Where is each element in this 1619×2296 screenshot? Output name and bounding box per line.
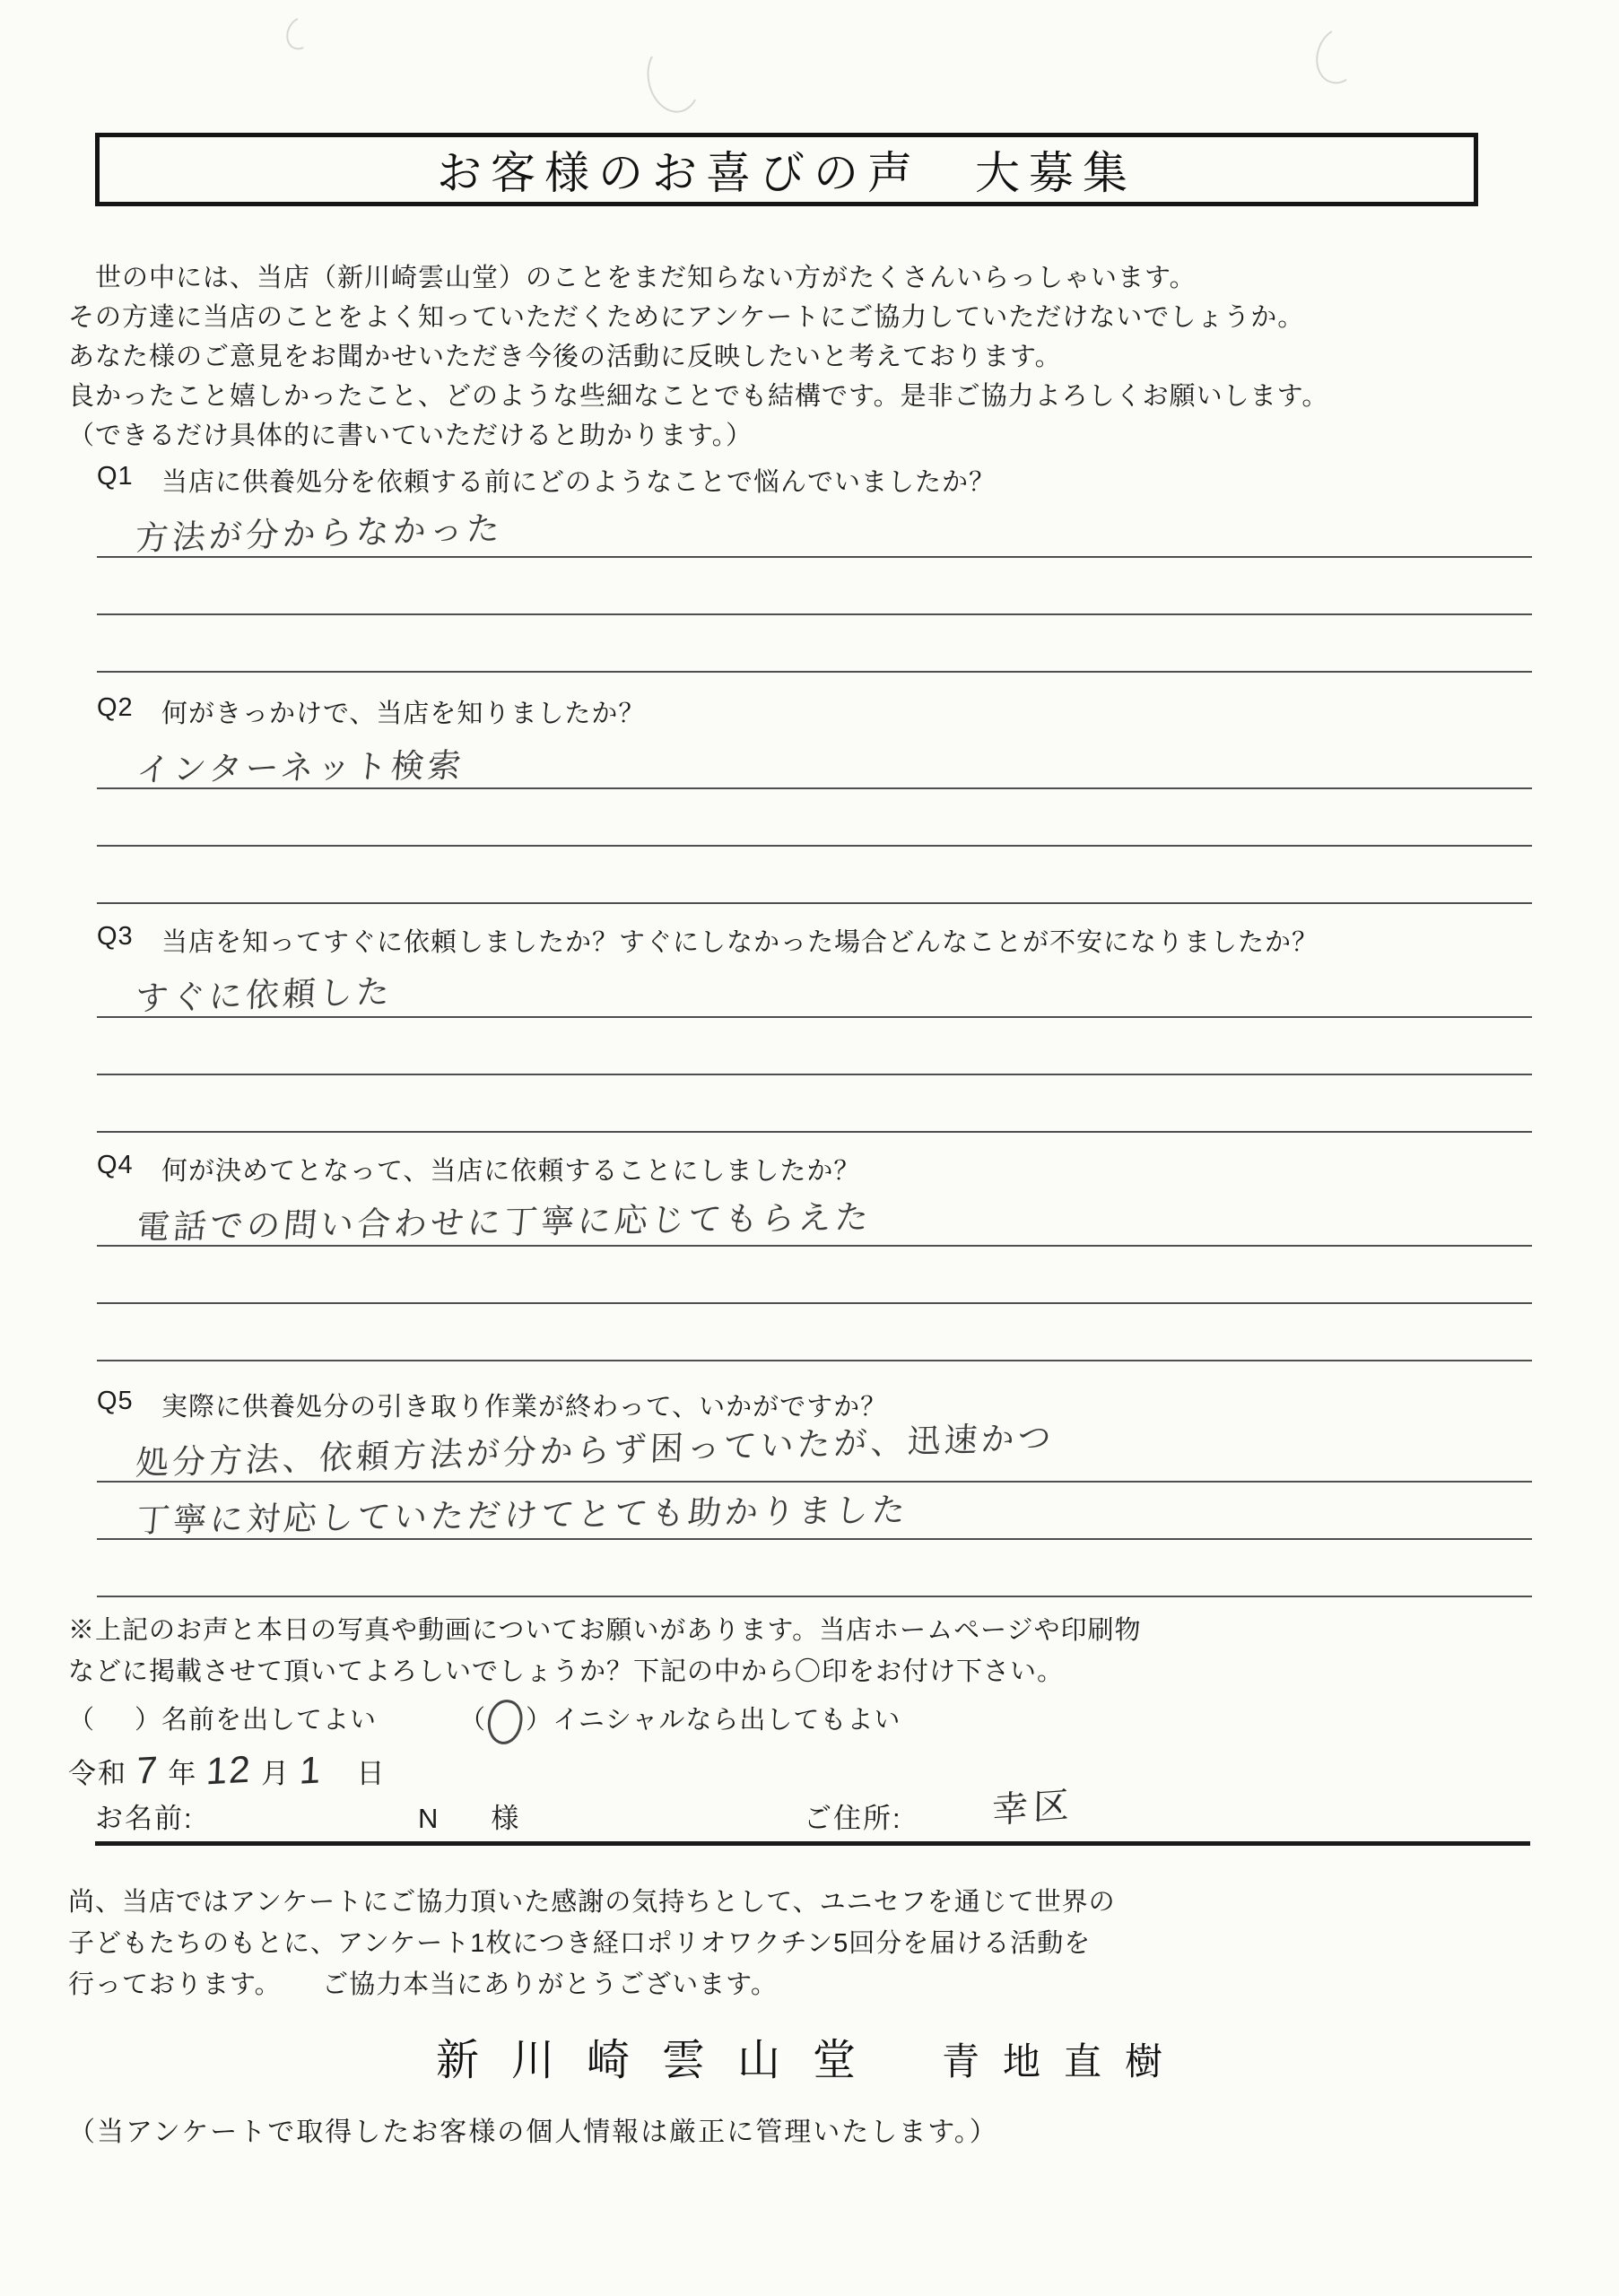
handwritten-answer: 電話での問い合わせに丁寧に応じてもらえた [135, 1189, 875, 1248]
question-number: Q2 [97, 693, 161, 730]
name-label: お名前: [95, 1796, 194, 1836]
question-block-q1: Q1 当店に供養処分を依頼する前にどのようなことで悩んでいましたか？ 方法が分か… [97, 462, 1532, 673]
intro-line: あなた様のご意見をお聞かせいただき今後の活動に反映したいと考えております。 [68, 337, 1575, 377]
consent-note-line: ※上記のお声と本日の写真や動画についてお願いがあります。当店ホームページや印刷物 [68, 1610, 1575, 1651]
question-row: Q1 当店に供養処分を依頼する前にどのようなことで悩んでいましたか？ [97, 462, 1532, 499]
consent-note-line: などに掲載させて頂いてよろしいでしょうか？下記の中から〇印をお付け下さい。 [68, 1651, 1575, 1692]
answer-lines: 電話での問い合わせに丁寧に応じてもらえた [97, 1187, 1532, 1361]
paren-open: （ [459, 1700, 486, 1741]
paren-open: （ [68, 1700, 95, 1741]
paren-close: ） [135, 1700, 161, 1741]
thanks-line: 子どもたちのもとに、アンケート1枚につき経口ポリオワクチン5回分を届ける活動を [68, 1923, 1575, 1964]
thanks-line: 行っております。 ご協力本当にありがとうございます。 [68, 1964, 1575, 2005]
question-block-q4: Q4 何が決めてとなって、当店に依頼することにしましたか？ 電話での問い合わせに… [97, 1151, 1532, 1361]
intro-paragraph: 世の中には、当店（新川崎雲山堂）のことをまだ知らない方がたくさんいらっしゃいます… [68, 258, 1575, 456]
scan-artifact [1309, 22, 1369, 90]
privacy-note: （当アンケートで取得したお客様の個人情報は厳正に管理いたします。） [68, 2109, 1575, 2149]
scan-artifact [641, 39, 707, 117]
scanned-survey-sheet: お客様のお喜びの声 大募集 世の中には、当店（新川崎雲山堂）のことをまだ知らない… [0, 0, 1619, 2296]
question-block-q5: Q5 実際に供養処分の引き取り作業が終わって、いかがですか？ 処分方法、依頼方法… [97, 1387, 1532, 1597]
answer-rule [97, 1540, 1532, 1597]
name-value: N 様 [418, 1796, 531, 1836]
question-number: Q3 [97, 922, 161, 959]
answer-rule: 電話での問い合わせに丁寧に応じてもらえた [97, 1187, 1532, 1247]
question-number: Q5 [97, 1387, 161, 1423]
question-row: Q3 当店を知ってすぐに依頼しましたか？すぐにしなかった場合どんなことが不安にな… [97, 922, 1532, 959]
answer-rule [97, 847, 1532, 904]
thanks-line: 尚、当店ではアンケートにご協力頂いた感謝の気持ちとして、ユニセフを通じて世界の [68, 1882, 1575, 1923]
handwritten-circle-mark [484, 1697, 525, 1746]
answer-rule: インターネット検索 [97, 730, 1532, 789]
thanks-paragraph: 尚、当店ではアンケートにご協力頂いた感謝の気持ちとして、ユニセフを通じて世界の … [68, 1882, 1575, 2005]
question-number: Q1 [97, 462, 161, 499]
answer-rule: 処分方法、依頼方法が分からず困っていたが、迅速かつ [97, 1423, 1532, 1483]
handwritten-answer: 方法が分からなかった [135, 500, 504, 560]
question-row: Q2 何がきっかけで、当店を知りましたか？ [97, 693, 1532, 730]
answer-lines: 方法が分からなかった [97, 499, 1532, 673]
intro-line: その方達に当店のことをよく知っていただくためにアンケートにご協力していただけない… [68, 298, 1575, 337]
title-box: お客様のお喜びの声 大募集 [95, 133, 1478, 206]
shop-name: 新川崎雲山堂 [436, 2025, 888, 2087]
answer-lines: 処分方法、依頼方法が分からず困っていたが、迅速かつ 丁寧に対応していただけてとて… [97, 1423, 1532, 1597]
consent-option-label: イニシャルなら出してもよい [553, 1700, 901, 1741]
question-row: Q4 何が決めてとなって、当店に依頼することにしましたか？ [97, 1151, 1532, 1187]
answer-rule [97, 1247, 1532, 1304]
page-title: お客様のお喜びの声 大募集 [437, 137, 1136, 202]
address-label: ご住所: [804, 1796, 902, 1836]
answer-rule [97, 1075, 1532, 1133]
question-text: 何がきっかけで、当店を知りましたか？ [161, 693, 645, 730]
publication-consent-section: ※上記のお声と本日の写真や動画についてお願いがあります。当店ホームページや印刷物… [68, 1610, 1575, 1795]
question-block-q2: Q2 何がきっかけで、当店を知りましたか？ インターネット検索 [97, 693, 1532, 904]
consent-checkbox-name [95, 1700, 135, 1741]
answer-rule [97, 558, 1532, 615]
handwritten-answer: すぐに依頼した [135, 964, 394, 1020]
handwritten-answer: 丁寧に対応していただけてとても助かりました [135, 1483, 911, 1542]
consent-options: （ ） 名前を出してよい （ ） イニシャルなら出してもよい [68, 1700, 1575, 1741]
paren-close: ） [526, 1700, 553, 1741]
handwritten-address: 幸区 [992, 1777, 1075, 1834]
answer-rule: すぐに依頼した [97, 959, 1532, 1018]
question-text: 当店に供養処分を依頼する前にどのようなことで悩んでいましたか？ [161, 462, 996, 499]
consent-checkbox-initial [486, 1700, 526, 1741]
handwritten-answer: インターネット検索 [135, 738, 467, 791]
answer-rule [97, 1018, 1532, 1075]
question-block-q3: Q3 当店を知ってすぐに依頼しましたか？すぐにしなかった場合どんなことが不安にな… [97, 922, 1532, 1133]
answer-rule: 方法が分からなかった [97, 499, 1532, 558]
scan-artifact [282, 13, 320, 55]
answer-rule [97, 789, 1532, 847]
question-number: Q4 [97, 1151, 161, 1187]
answer-rule [97, 1304, 1532, 1361]
answer-rule [97, 615, 1532, 673]
answer-lines: すぐに依頼した [97, 959, 1532, 1133]
answer-rule: 丁寧に対応していただけてとても助かりました [97, 1483, 1532, 1540]
identity-row: お名前: N 様 ご住所: 幸区 [95, 1780, 1530, 1846]
intro-line: 良かったこと嬉しかったこと、どのような些細なことでも結構です。是非ご協力よろしく… [68, 377, 1575, 416]
intro-line: 世の中には、当店（新川崎雲山堂）のことをまだ知らない方がたくさんいらっしゃいます… [68, 258, 1575, 298]
signature-row: 新川崎雲山堂 青地直樹 [68, 2025, 1575, 2087]
consent-option-label: 名前を出してよい [161, 1700, 377, 1741]
answer-lines: インターネット検索 [97, 730, 1532, 904]
owner-name: 青地直樹 [942, 2032, 1186, 2086]
consent-option-initial: （ ） イニシャルなら出してもよい [459, 1700, 901, 1741]
intro-line: （できるだけ具体的に書いていただけると助かります。） [68, 416, 1575, 456]
question-text: 何が決めてとなって、当店に依頼することにしましたか？ [161, 1151, 860, 1187]
consent-option-name: （ ） 名前を出してよい [68, 1700, 377, 1741]
question-text: 当店を知ってすぐに依頼しましたか？すぐにしなかった場合どんなことが不安になりまし… [161, 922, 1319, 959]
